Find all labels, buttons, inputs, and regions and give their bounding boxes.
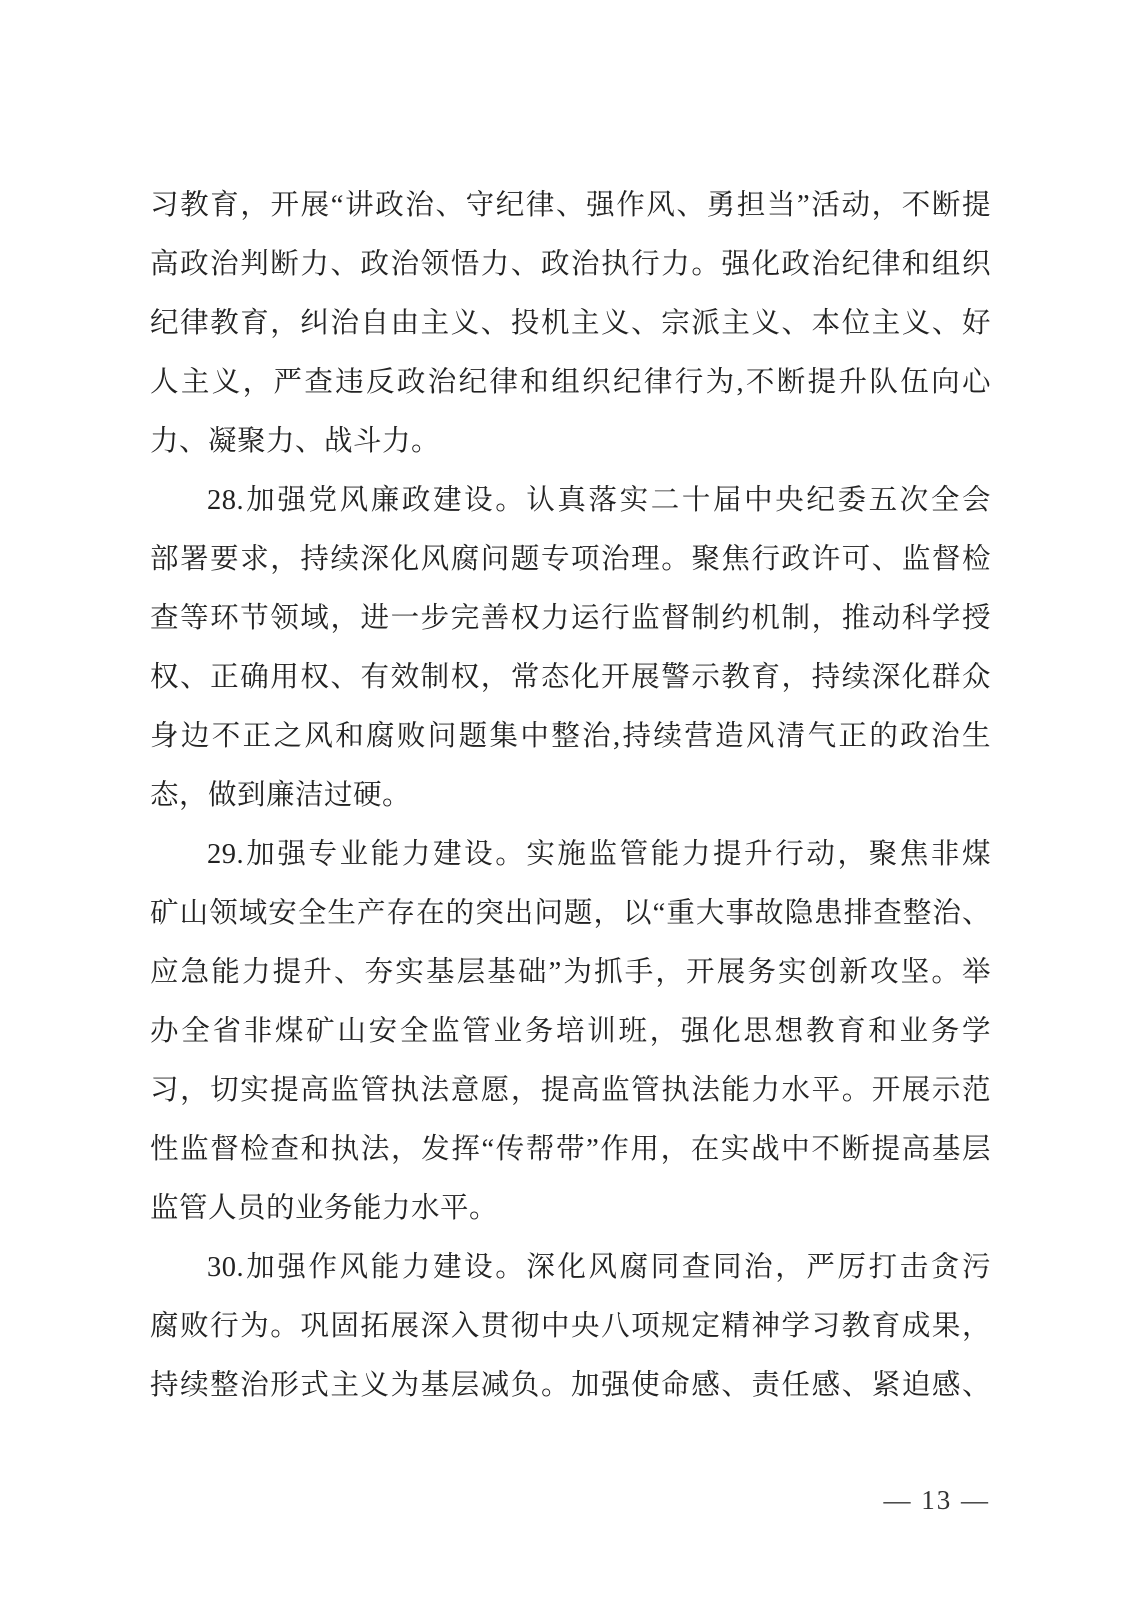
text-line: 纪律教育，纠治自由主义、投机主义、宗派主义、本位主义、好 <box>150 294 991 353</box>
text-line: 高政治判断力、政治领悟力、政治执行力。强化政治纪律和组织 <box>150 235 991 294</box>
text-line-paragraph-29-start: 29.加强专业能力建设。实施监管能力提升行动，聚焦非煤 <box>150 825 991 884</box>
text-line-paragraph-30-start: 30.加强作风能力建设。深化风腐同查同治，严厉打击贪污 <box>150 1238 991 1297</box>
text-line: 监管人员的业务能力水平。 <box>150 1179 991 1238</box>
text-line: 部署要求，持续深化风腐问题专项治理。聚焦行政许可、监督检 <box>150 530 991 589</box>
page-number: — 13 — <box>884 1482 991 1518</box>
text-line: 力、凝聚力、战斗力。 <box>150 412 991 471</box>
text-line: 习，切实提高监管执法意愿，提高监管执法能力水平。开展示范 <box>150 1061 991 1120</box>
text-line: 身边不正之风和腐败问题集中整治,持续营造风清气正的政治生 <box>150 707 991 766</box>
text-line: 矿山领域安全生产存在的突出问题，以“重大事故隐患排查整治、 <box>150 884 991 943</box>
text-line: 应急能力提升、夯实基层基础”为抓手，开展务实创新攻坚。举 <box>150 943 991 1002</box>
document-page: 习教育，开展“讲政治、守纪律、强作风、勇担当”活动，不断提 高政治判断力、政治领… <box>0 0 1131 1600</box>
text-line: 权、正确用权、有效制权，常态化开展警示教育，持续深化群众 <box>150 648 991 707</box>
text-line: 态，做到廉洁过硬。 <box>150 766 991 825</box>
text-line: 人主义，严查违反政治纪律和组织纪律行为,不断提升队伍向心 <box>150 353 991 412</box>
text-line: 腐败行为。巩固拓展深入贯彻中央八项规定精神学习教育成果， <box>150 1297 991 1356</box>
text-line-paragraph-28-start: 28.加强党风廉政建设。认真落实二十届中央纪委五次全会 <box>150 471 991 530</box>
document-body-text: 习教育，开展“讲政治、守纪律、强作风、勇担当”活动，不断提 高政治判断力、政治领… <box>150 176 991 1415</box>
text-line: 持续整治形式主义为基层减负。加强使命感、责任感、紧迫感、 <box>150 1356 991 1415</box>
text-line: 查等环节领域，进一步完善权力运行监督制约机制，推动科学授 <box>150 589 991 648</box>
text-line: 性监督检查和执法，发挥“传帮带”作用，在实战中不断提高基层 <box>150 1120 991 1179</box>
text-line: 习教育，开展“讲政治、守纪律、强作风、勇担当”活动，不断提 <box>150 176 991 235</box>
text-line: 办全省非煤矿山安全监管业务培训班，强化思想教育和业务学 <box>150 1002 991 1061</box>
